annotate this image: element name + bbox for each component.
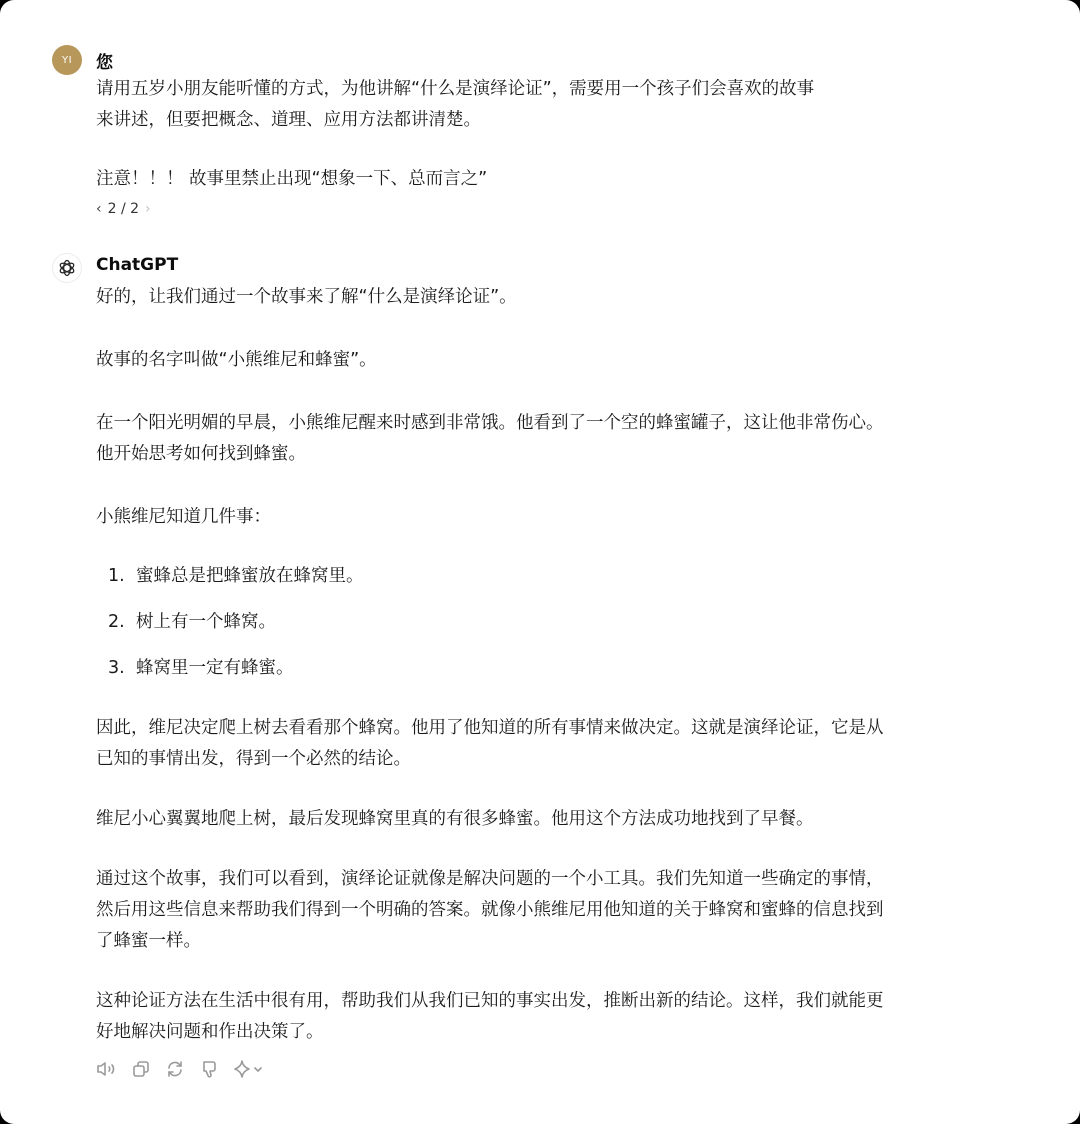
message-actions	[96, 1058, 266, 1080]
version-label: 2 / 2	[108, 201, 139, 217]
story-title-paragraph: 故事的名字叫做“小熊维尼和蜂蜜”。	[96, 345, 996, 376]
message-version-pager: ‹ 2 / 2 ›	[96, 201, 151, 217]
list-item: 3. 蜂窝里一定有蜂蜜。	[96, 645, 996, 691]
story-paragraph-3: 维尼小心翼翼地爬上树，最后发现蜂窝里真的有很多蜂蜜。他用这个方法成功地找到了早餐…	[96, 804, 996, 835]
chatgpt-avatar	[52, 253, 82, 283]
story-paragraph-2-line-1: 因此，维尼决定爬上树去看看那个蜂窝。他用了他知道的所有事情来做决定。这就是演绎论…	[96, 713, 996, 744]
change-model-button[interactable]	[232, 1058, 266, 1080]
story-paragraph-2-line-2: 已知的事情出发，得到一个必然的结论。	[96, 744, 996, 775]
intro-paragraph: 好的，让我们通过一个故事来了解“什么是演绎论证”。	[96, 282, 996, 313]
thumbs-down-icon	[199, 1059, 219, 1079]
thumbs-down-button[interactable]	[198, 1058, 220, 1080]
story-paragraph-5-line-1: 这种论证方法在生活中很有用，帮助我们从我们已知的事实出发，推断出新的结论。这样，…	[96, 986, 996, 1017]
user-text-line-2: 来讲述，但要把概念、道理、应用方法都讲清楚。	[96, 105, 996, 136]
user-text-line-3: 注意！！！ 故事里禁止出现“想象一下、总而言之”	[96, 164, 996, 195]
copy-button[interactable]	[130, 1058, 152, 1080]
speaker-icon	[96, 1059, 118, 1079]
story-paragraph-1-line-2: 他开始思考如何找到蜂蜜。	[96, 439, 996, 470]
user-message-text: 请用五岁小朋友能听懂的方式，为他讲解“什么是演绎论证”，需要用一个孩子们会喜欢的…	[96, 74, 996, 195]
facts-list: 1. 蜜蜂总是把蜂蜜放在蜂窝里。 2. 树上有一个蜂窝。 3. 蜂窝里一定有蜂蜜…	[96, 553, 996, 691]
next-version-button[interactable]: ›	[145, 201, 151, 217]
story-paragraph-4-line-2: 然后用这些信息来帮助我们得到一个明确的答案。就像小熊维尼用他知道的关于蜂窝和蜜蜂…	[96, 895, 996, 926]
sparkle-icon	[232, 1059, 266, 1079]
story-paragraph-4-line-3: 了蜂蜜一样。	[96, 926, 996, 957]
openai-logo-icon	[57, 258, 77, 278]
copy-icon	[131, 1059, 151, 1079]
user-text-line-1: 请用五岁小朋友能听懂的方式，为他讲解“什么是演绎论证”，需要用一个孩子们会喜欢的…	[96, 74, 996, 105]
chat-window: YI 您 请用五岁小朋友能听懂的方式，为他讲解“什么是演绎论证”，需要用一个孩子…	[0, 0, 1080, 1124]
assistant-message-text: 好的，让我们通过一个故事来了解“什么是演绎论证”。 故事的名字叫做“小熊维尼和蜂…	[96, 282, 996, 1048]
refresh-icon	[165, 1059, 185, 1079]
chevron-down-icon	[255, 1068, 261, 1071]
story-paragraph-1-line-1: 在一个阳光明媚的早晨，小熊维尼醒来时感到非常饿。他看到了一个空的蜂蜜罐子，这让他…	[96, 408, 996, 439]
regenerate-button[interactable]	[164, 1058, 186, 1080]
user-avatar: YI	[52, 45, 82, 75]
assistant-author-name: ChatGPT	[96, 255, 178, 275]
user-author-name: 您	[96, 48, 113, 73]
list-intro: 小熊维尼知道几件事：	[96, 502, 996, 533]
previous-version-button[interactable]: ‹	[96, 201, 102, 217]
list-item: 2. 树上有一个蜂窝。	[96, 599, 996, 645]
read-aloud-button[interactable]	[96, 1058, 118, 1080]
story-paragraph-4-line-1: 通过这个故事，我们可以看到，演绎论证就像是解决问题的一个小工具。我们先知道一些确…	[96, 864, 996, 895]
list-item: 1. 蜜蜂总是把蜂蜜放在蜂窝里。	[96, 553, 996, 599]
story-paragraph-5-line-2: 好地解决问题和作出决策了。	[96, 1017, 996, 1048]
